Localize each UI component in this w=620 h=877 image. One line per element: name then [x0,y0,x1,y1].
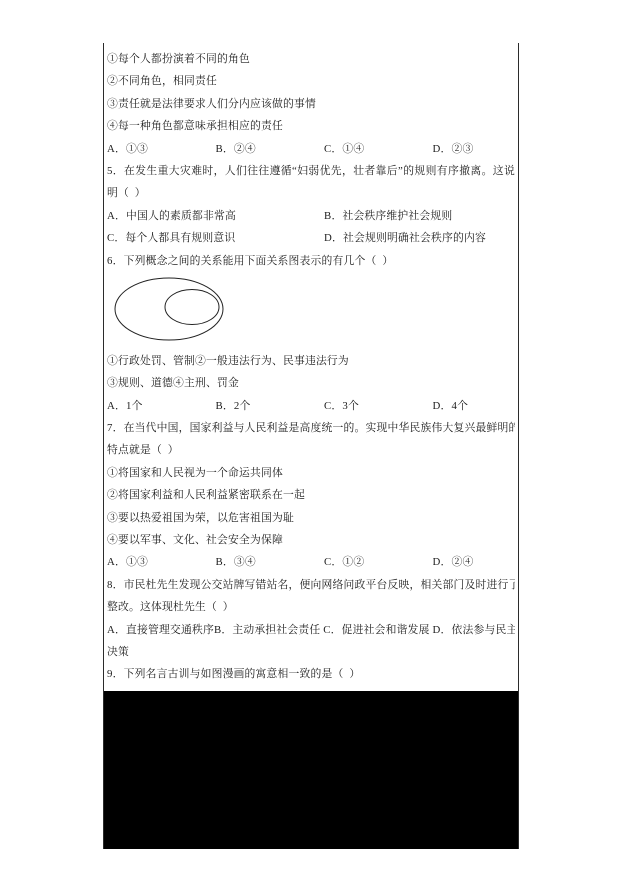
q4-item-1: ①每个人都扮演着不同的角色 [107,48,515,70]
q6-item-34: ③规则、道德④主刑、罚金 [107,372,515,394]
option-label: D．②④ [433,551,515,573]
option-label: D．4个 [433,395,515,417]
option-label: B．③④ [216,551,325,573]
option-label: A．①③ [107,551,216,573]
q8-options-line-1: A．直接管理交通秩序B．主动承担社会责任 C．促进社会和谐发展 D．依法参与民主 [107,619,515,641]
q7-item-3: ③要以热爱祖国为荣，以危害祖国为耻 [107,507,515,529]
q5-stem-line-1: 5．在发生重大灾难时，人们往往遵循“妇弱优先，壮者靠后”的规则有序撤离。这说 [107,160,515,182]
option-label: A．1个 [107,395,216,417]
q6-stem: 6．下列概念之间的关系能用下面关系图表示的有几个（ ） [107,250,515,272]
option-label: B．2个 [216,395,325,417]
q7-item-4: ④要以军事、文化、社会安全为保障 [107,529,515,551]
concept-relation-ellipses [107,272,513,350]
q7-stem-line-1: 7．在当代中国，国家利益与人民利益是高度统一的。实现中华民族伟大复兴最鲜明的 [107,417,515,439]
q8-stem-line-1: 8．市民杜先生发现公交站牌写错站名，便向网络问政平台反映，相关部门及时进行了 [107,574,515,596]
q8-stem-line-2: 整改。这体现杜先生（ ） [107,596,515,618]
document-column: ①每个人都扮演着不同的角色②不同角色，相同责任③责任就是法律要求人们分内应该做的… [103,43,519,849]
option-label: B．②④ [216,138,325,160]
q4-item-3: ③责任就是法律要求人们分内应该做的事情 [107,93,515,115]
q7-stem-line-2: 特点就是（ ） [107,439,515,461]
q6-item-12: ①行政处罚、管制②一般违法行为、民事违法行为 [107,350,515,372]
option-label: C．每个人都具有规则意识 [107,227,324,249]
option-label: D．②③ [433,138,515,160]
option-label: C．①④ [324,138,433,160]
option-label: A．①③ [107,138,216,160]
option-label: A．中国人的素质都非常高 [107,205,324,227]
venn-diagram [107,272,515,350]
q8-options-line-2: 决策 [107,641,515,663]
option-label: C．①② [324,551,433,573]
option-label: C．3个 [324,395,433,417]
q4-item-4: ④每一种角色都意味承担相应的责任 [107,115,515,137]
q5-stem-line-2: 明（ ） [107,182,515,204]
q5-options-cd: C．每个人都具有规则意识D．社会规则明确社会秩序的内容 [107,227,515,249]
comic-image [104,691,518,849]
q4-item-2: ②不同角色，相同责任 [107,70,515,92]
q7-item-2: ②将国家利益和人民利益紧密联系在一起 [107,484,515,506]
q4-options: A．①③B．②④C．①④D．②③ [107,138,515,160]
q6-options: A．1个B．2个C．3个D．4个 [107,395,515,417]
q7-options: A．①③B．③④C．①②D．②④ [107,551,515,573]
q9-stem: 9．下列名言古训与如图漫画的寓意相一致的是（ ） [107,663,515,685]
q7-item-1: ①将国家和人民视为一个命运共同体 [107,462,515,484]
option-label: D．社会规则明确社会秩序的内容 [324,227,515,249]
option-label: B．社会秩序维护社会规则 [324,205,515,227]
q5-options-ab: A．中国人的素质都非常高B．社会秩序维护社会规则 [107,205,515,227]
